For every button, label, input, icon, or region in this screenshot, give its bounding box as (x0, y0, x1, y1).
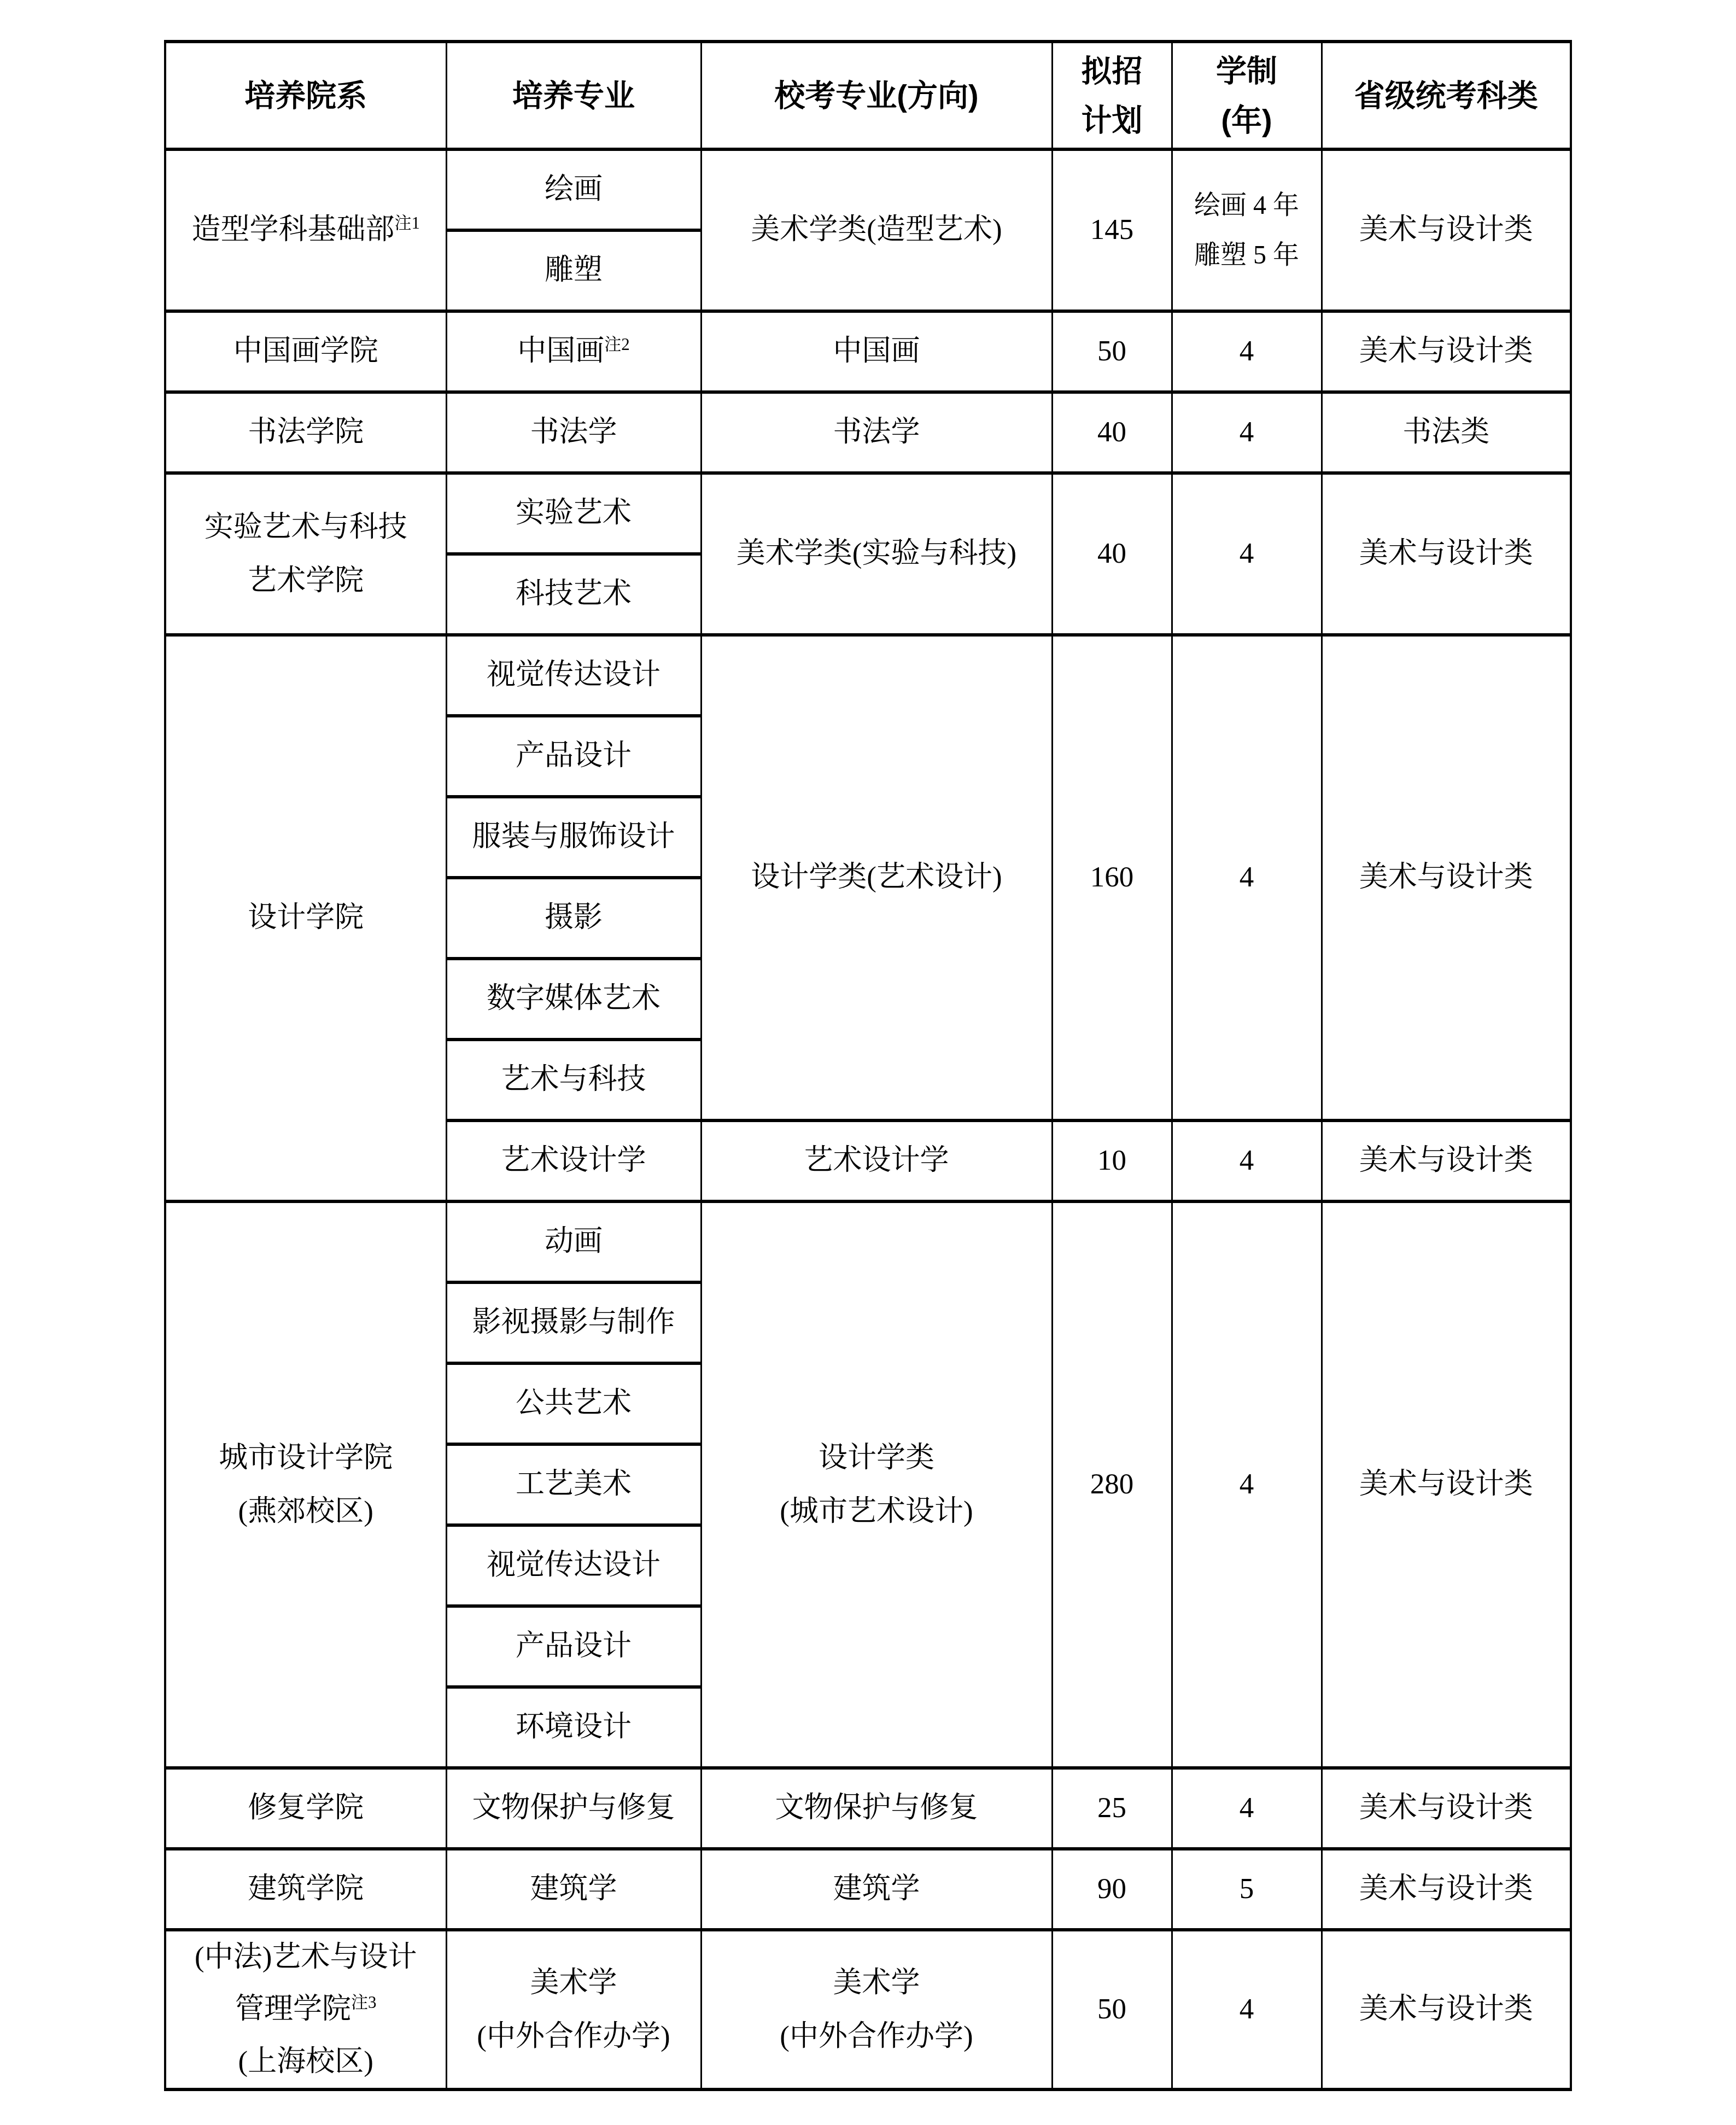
table-row: 书法学院 书法学 书法学 40 4 书法类 (165, 392, 1571, 473)
dept-cell: 书法学院 (165, 392, 446, 473)
dept-cell: 城市设计学院 (燕郊校区) (165, 1201, 446, 1768)
major-cell: 艺术与科技 (446, 1040, 701, 1120)
plan-cell: 90 (1052, 1849, 1172, 1930)
plan-cell: 145 (1052, 149, 1172, 311)
years-cell: 4 (1172, 392, 1322, 473)
major-cell: 科技艺术 (446, 554, 701, 635)
years-cell: 4 (1172, 311, 1322, 392)
exam-cell: 文物保护与修复 (701, 1768, 1052, 1849)
exam-cell: 设计学类(艺术设计) (701, 635, 1052, 1120)
dept-line-3: (上海校区) (166, 2036, 446, 2088)
major-cell: 产品设计 (446, 1606, 701, 1687)
plan-cell: 50 (1052, 311, 1172, 392)
category-cell: 美术与设计类 (1322, 1201, 1571, 1768)
years-cell: 4 (1172, 1120, 1322, 1201)
plan-cell: 40 (1052, 392, 1172, 473)
years-cell: 4 (1172, 635, 1322, 1120)
plan-cell: 40 (1052, 473, 1172, 635)
dept-line-2: 管理学院注3 (166, 1983, 446, 2035)
col-header-dept: 培养院系 (165, 42, 446, 149)
table-row: 城市设计学院 (燕郊校区) 动画 设计学类 (城市艺术设计) 280 4 美术与… (165, 1201, 1571, 1282)
years-cell: 4 (1172, 473, 1322, 635)
table-row: 造型学科基础部注1 绘画 美术学类(造型艺术) 145 绘画 4 年 雕塑 5 … (165, 149, 1571, 230)
document-page: 培养院系 培养专业 校考专业(方向) 拟招 计划 学制 (年) 省级统考科类 造… (164, 40, 1572, 2091)
exam-cell: 设计学类 (城市艺术设计) (701, 1201, 1052, 1768)
major-cell: 视觉传达设计 (446, 635, 701, 716)
exam-cell: 中国画 (701, 311, 1052, 392)
dept-cell: 建筑学院 (165, 1849, 446, 1930)
category-cell: 美术与设计类 (1322, 473, 1571, 635)
major-cell: 艺术设计学 (446, 1120, 701, 1201)
exam-cell: 美术学类(造型艺术) (701, 149, 1052, 311)
exam-cell: 美术学 (中外合作办学) (701, 1930, 1052, 2089)
dept-cell: 中国画学院 (165, 311, 446, 392)
dept-cell: 修复学院 (165, 1768, 446, 1849)
category-cell: 美术与设计类 (1322, 1930, 1571, 2089)
dept-text: 造型学科基础部 (192, 214, 395, 246)
category-cell: 美术与设计类 (1322, 311, 1571, 392)
table-row: 设计学院 视觉传达设计 设计学类(艺术设计) 160 4 美术与设计类 (165, 635, 1571, 716)
major-cell: 视觉传达设计 (446, 1525, 701, 1606)
major-cell: 建筑学 (446, 1849, 701, 1930)
plan-cell: 280 (1052, 1201, 1172, 1768)
major-cell: 中国画注2 (446, 311, 701, 392)
major-cell: 工艺美术 (446, 1444, 701, 1525)
major-cell: 美术学 (中外合作办学) (446, 1930, 701, 2089)
years-cell: 绘画 4 年 雕塑 5 年 (1172, 149, 1322, 311)
dept-text: 管理学院 (235, 1993, 351, 2025)
dept-line-1: (中法)艺术与设计 (166, 1931, 446, 1983)
table-row: 中国画学院 中国画注2 中国画 50 4 美术与设计类 (165, 311, 1571, 392)
exam-cell: 建筑学 (701, 1849, 1052, 1930)
plan-cell: 160 (1052, 635, 1172, 1120)
years-cell: 4 (1172, 1201, 1322, 1768)
major-cell: 环境设计 (446, 1687, 701, 1768)
dept-cell: 设计学院 (165, 635, 446, 1201)
major-cell: 书法学 (446, 392, 701, 473)
major-cell: 影视摄影与制作 (446, 1282, 701, 1363)
years-cell: 4 (1172, 1930, 1322, 2089)
category-cell: 美术与设计类 (1322, 1768, 1571, 1849)
major-cell: 公共艺术 (446, 1363, 701, 1444)
col-header-exam: 校考专业(方向) (701, 42, 1052, 149)
major-cell: 摄影 (446, 878, 701, 959)
col-header-category: 省级统考科类 (1322, 42, 1571, 149)
plan-cell: 50 (1052, 1930, 1172, 2089)
major-cell: 产品设计 (446, 716, 701, 797)
exam-cell: 艺术设计学 (701, 1120, 1052, 1201)
table-row: 实验艺术与科技 艺术学院 实验艺术 美术学类(实验与科技) 40 4 美术与设计… (165, 473, 1571, 554)
category-cell: 美术与设计类 (1322, 635, 1571, 1120)
dept-cell: 造型学科基础部注1 (165, 149, 446, 311)
table-row: 修复学院 文物保护与修复 文物保护与修复 25 4 美术与设计类 (165, 1768, 1571, 1849)
major-cell: 实验艺术 (446, 473, 701, 554)
plan-cell: 10 (1052, 1120, 1172, 1201)
col-header-major: 培养专业 (446, 42, 701, 149)
major-cell: 数字媒体艺术 (446, 959, 701, 1040)
dept-cell: 实验艺术与科技 艺术学院 (165, 473, 446, 635)
years-cell: 4 (1172, 1768, 1322, 1849)
dept-cell: (中法)艺术与设计 管理学院注3 (上海校区) (165, 1930, 446, 2089)
col-header-plan: 拟招 计划 (1052, 42, 1172, 149)
footnote-ref: 注3 (351, 1993, 377, 2012)
exam-cell: 书法学 (701, 392, 1052, 473)
table-row: (中法)艺术与设计 管理学院注3 (上海校区) 美术学 (中外合作办学) 美术学… (165, 1930, 1571, 2089)
plan-cell: 25 (1052, 1768, 1172, 1849)
category-cell: 美术与设计类 (1322, 1849, 1571, 1930)
col-header-years: 学制 (年) (1172, 42, 1322, 149)
major-cell: 文物保护与修复 (446, 1768, 701, 1849)
category-cell: 美术与设计类 (1322, 1120, 1571, 1201)
exam-cell: 美术学类(实验与科技) (701, 473, 1052, 635)
footnote-ref: 注1 (395, 214, 420, 233)
major-cell: 动画 (446, 1201, 701, 1282)
major-cell: 绘画 (446, 149, 701, 230)
major-cell: 服装与服饰设计 (446, 797, 701, 878)
footnote-ref: 注2 (604, 335, 630, 354)
category-cell: 书法类 (1322, 392, 1571, 473)
years-cell: 5 (1172, 1849, 1322, 1930)
major-text: 中国画 (517, 335, 604, 367)
category-cell: 美术与设计类 (1322, 149, 1571, 311)
table-header-row: 培养院系 培养专业 校考专业(方向) 拟招 计划 学制 (年) 省级统考科类 (165, 42, 1571, 149)
major-cell: 雕塑 (446, 230, 701, 311)
table-row: 建筑学院 建筑学 建筑学 90 5 美术与设计类 (165, 1849, 1571, 1930)
enrollment-plan-table: 培养院系 培养专业 校考专业(方向) 拟招 计划 学制 (年) 省级统考科类 造… (164, 40, 1572, 2091)
